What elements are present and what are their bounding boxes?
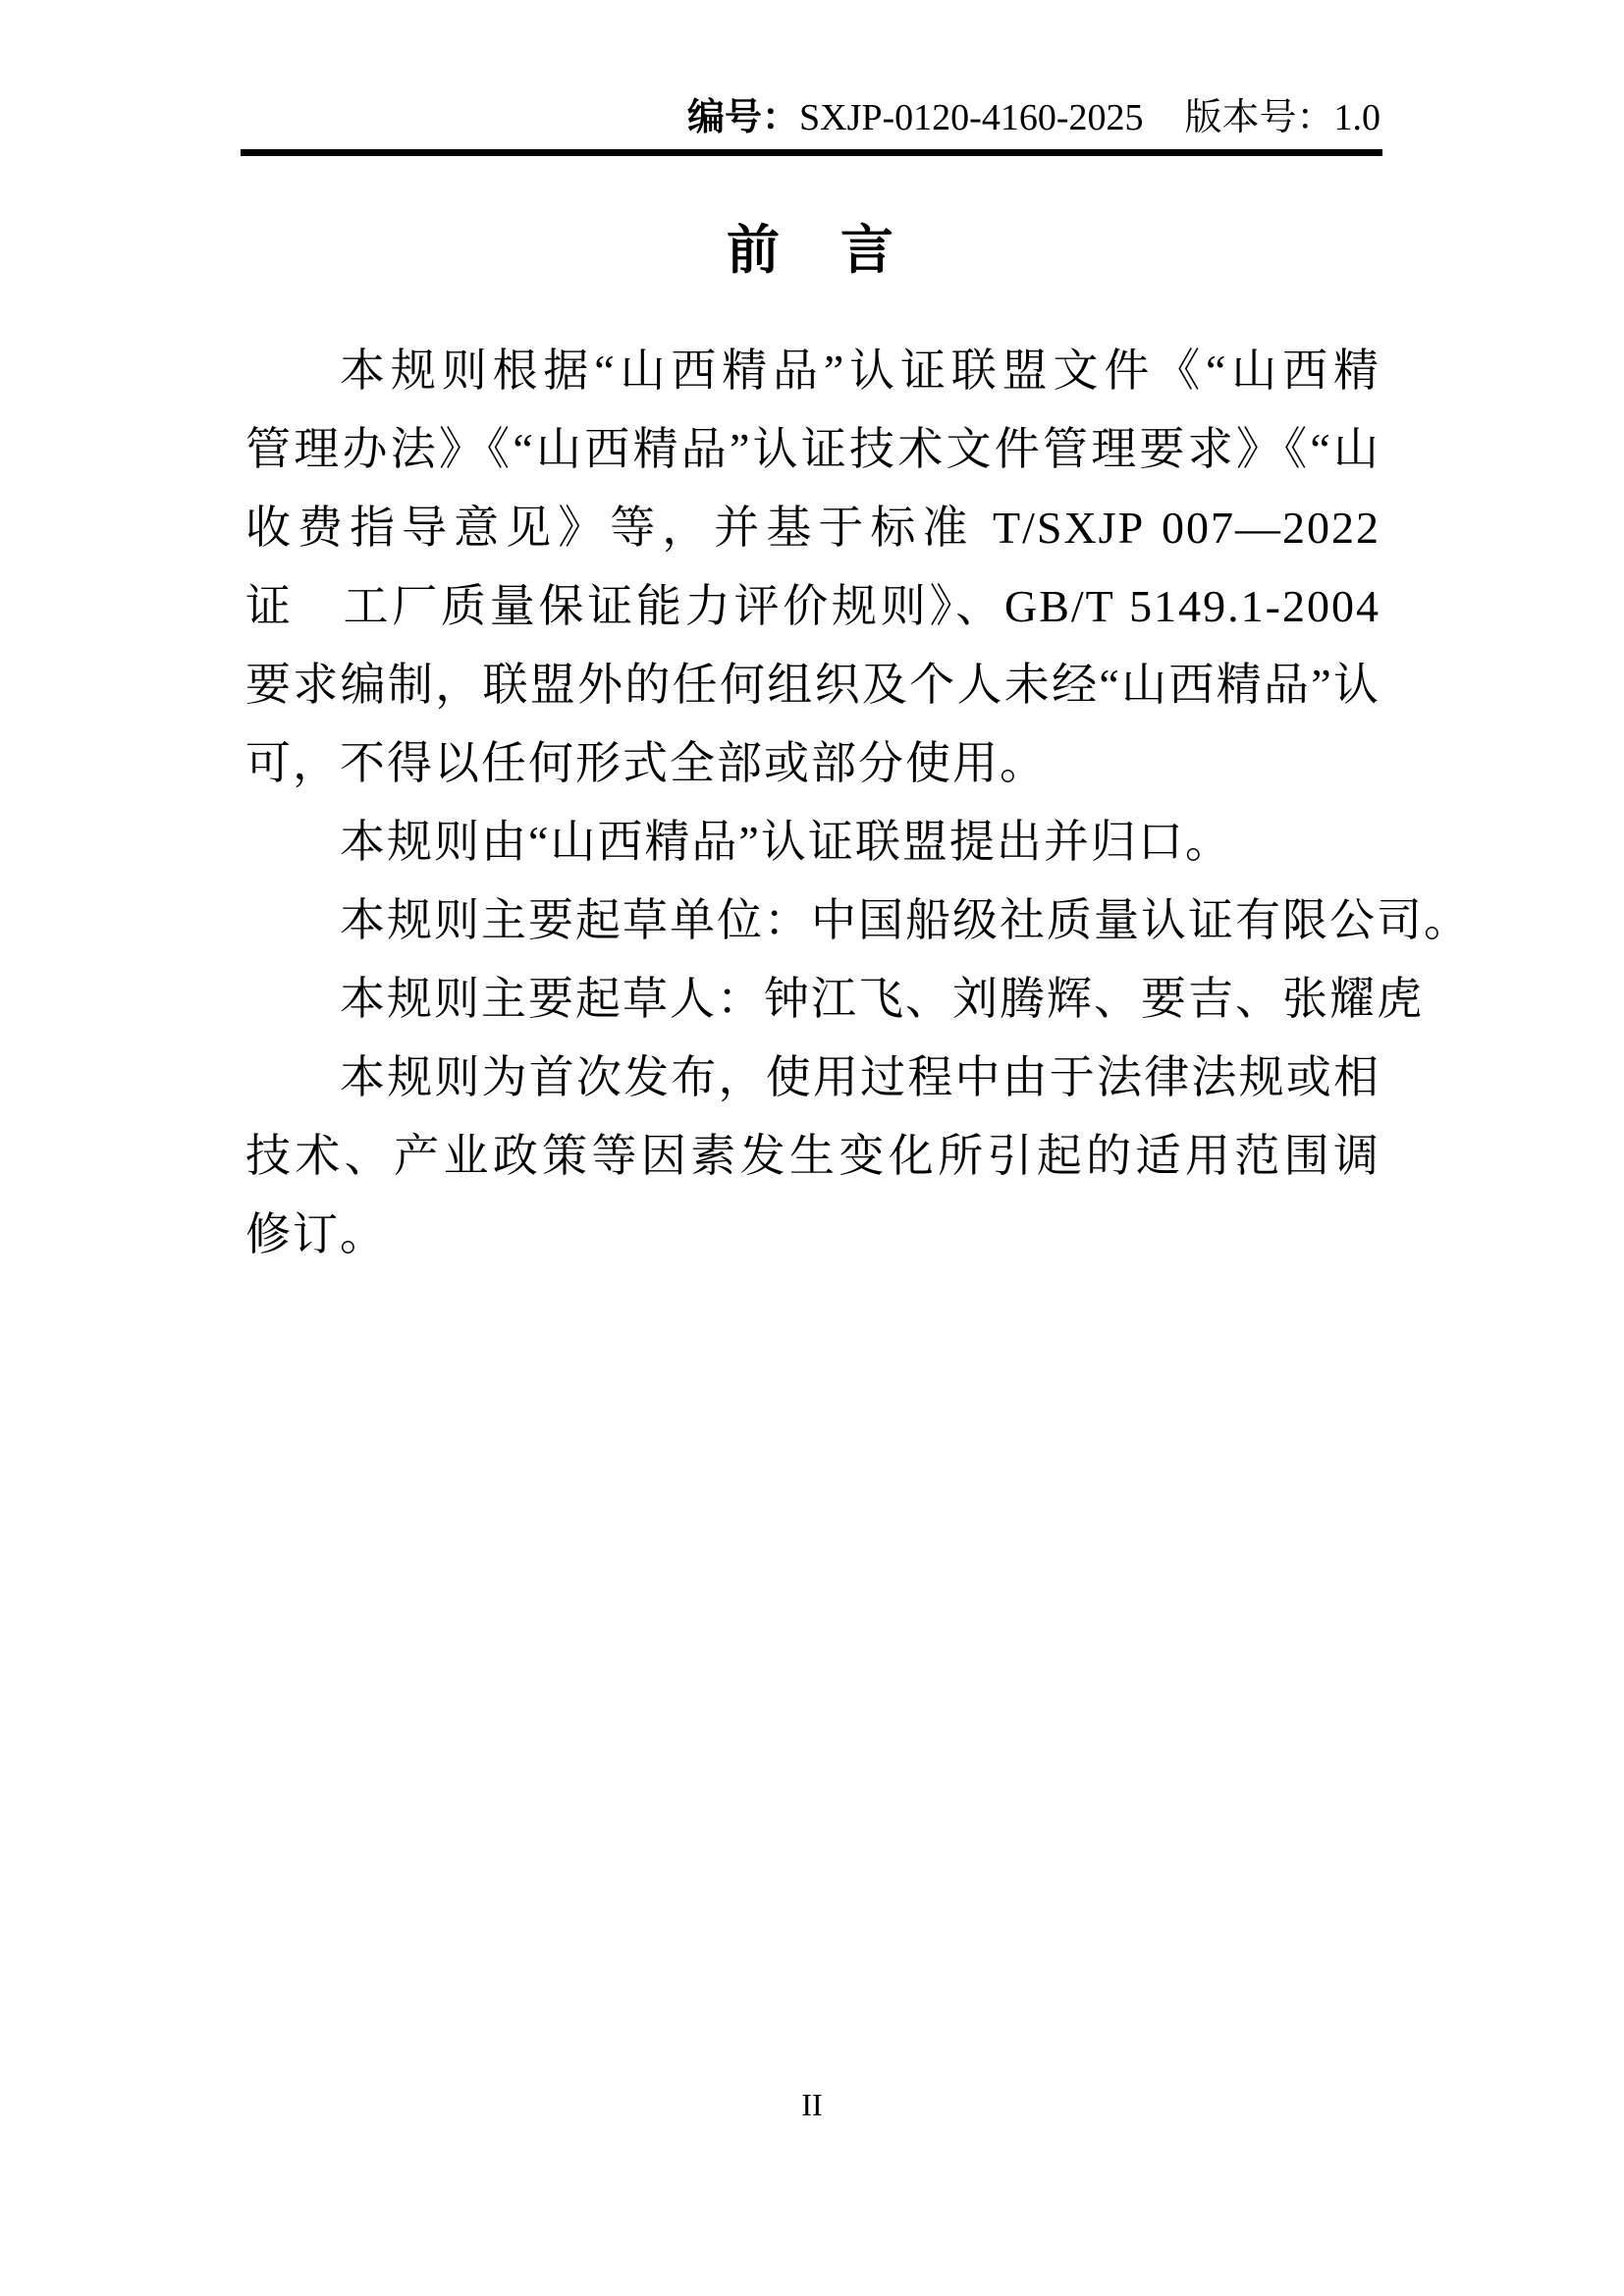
foreword-body: 本规则根据“山西精品”认证联盟文件《“山西精品”认证实施 管理办法》《“山西精品… xyxy=(245,332,1380,1274)
body-line: 可，不得以任何形式全部或部分使用。 xyxy=(245,724,1380,803)
doc-code-label: 编号： xyxy=(687,97,799,138)
document-page: 编号：SXJP-0120-4160-2025版本号：1.0 前 言 本规则根据“… xyxy=(0,0,1624,2296)
body-line: 本规则为首次发布，使用过程中由于法律法规或相关产品标准、 xyxy=(245,1039,1380,1117)
body-line: 本规则根据“山西精品”认证联盟文件《“山西精品”认证实施 xyxy=(245,332,1380,410)
doc-version-label: 版本号： xyxy=(1184,97,1333,138)
header-divider-rule xyxy=(241,149,1382,156)
body-line: 收费指导意见》等，并基于标准 T/SXJP 007—2022《“山西精品”认 xyxy=(245,489,1380,567)
document-header: 编号：SXJP-0120-4160-2025版本号：1.0 xyxy=(687,94,1380,141)
body-line: 管理办法》《“山西精品”认证技术文件管理要求》《“山西精品”认证 xyxy=(245,410,1380,489)
body-line: 修订。 xyxy=(245,1196,1380,1274)
body-line: 本规则主要起草人：钟江飞、刘腾辉、要吉、张耀虎 xyxy=(245,960,1380,1039)
body-line: 要求编制，联盟外的任何组织及个人未经“山西精品”认证联盟的许 xyxy=(245,646,1380,724)
page-number: II xyxy=(0,2087,1624,2123)
body-line: 技术、产业政策等因素发生变化所引起的适用范围调整，将进行及时 xyxy=(245,1117,1380,1196)
doc-version-value: 1.0 xyxy=(1334,97,1381,138)
body-line: 本规则由“山西精品”认证联盟提出并归口。 xyxy=(245,803,1380,881)
body-line: 证 工厂质量保证能力评价规则》、GB/T 5149.1-2004 《铣削镁粉》 xyxy=(245,567,1380,646)
body-line: 本规则主要起草单位：中国船级社质量认证有限公司。 xyxy=(245,881,1380,960)
page-title: 前 言 xyxy=(0,208,1624,284)
doc-code-value: SXJP-0120-4160-2025 xyxy=(799,97,1143,138)
